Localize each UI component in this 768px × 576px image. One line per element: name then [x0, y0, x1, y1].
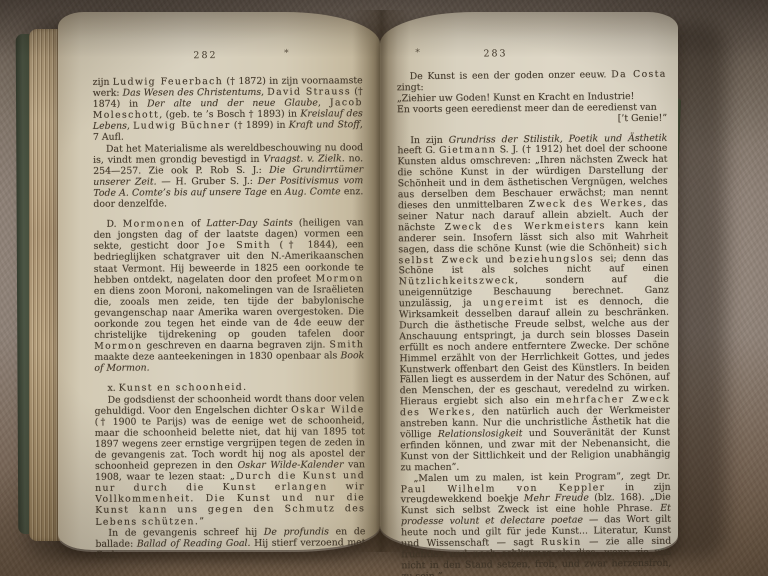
text-run: D.: [106, 219, 122, 230]
text-run: Vraagst. v. Zielk.: [263, 153, 344, 164]
right-header-asterisk: *: [415, 48, 420, 58]
text-run: Ludwig Feuerbach: [113, 76, 223, 88]
left-page-number: 282: [193, 50, 217, 61]
text-run: Latter-Day Saints: [206, 218, 292, 230]
text-run: Kraft und Stoff: [289, 120, 360, 131]
text-run: Oskar Wilde-Kalender: [238, 459, 344, 471]
book-photo: 282 * zijn Ludwig Feuerbach († 1872) in …: [0, 0, 768, 576]
text-run: Da Costa: [611, 69, 667, 81]
paragraph: In zijn Grundriss der Stilistik, Poetik …: [397, 133, 670, 474]
left-header-asterisk: *: [284, 49, 289, 59]
paragraph: Dat het Materialisme als wereldbeschouwi…: [93, 142, 363, 210]
text-run: Joe Smith: [207, 240, 271, 251]
text-run: Ruskin: [541, 537, 582, 548]
text-run: Smith: [329, 339, 364, 350]
text-run: of: [185, 218, 206, 229]
text-run: ist es dennoch, die Wirksamkeit desselbe…: [399, 296, 670, 408]
text-run: en diens zoon Moroni, nakomelingen van d…: [94, 284, 364, 341]
text-run: De Kunst is een der goden onzer eeuw.: [410, 69, 612, 82]
text-run: Aug. Comte: [285, 186, 341, 197]
right-page-header: * 283: [396, 47, 666, 61]
text-run: ungereimt: [483, 297, 544, 309]
left-page-content: 282 * zijn Ludwig Feuerbach († 1872) in …: [92, 49, 365, 561]
text-run: und: [479, 254, 509, 265]
left-page-header: 282 *: [92, 49, 362, 62]
text-run: zijn: [93, 77, 113, 88]
text-run: Mormonen: [123, 218, 186, 229]
text-run: In de gevangenis schreef hij: [108, 526, 264, 538]
text-run: De profundis: [264, 526, 329, 537]
paragraph: In de gevangenis schreef hij De profundi…: [95, 526, 365, 561]
text-run: Ballad of Reading Goal.: [137, 538, 251, 550]
text-run: Mormon: [316, 273, 364, 284]
paragraph: „Malen um zu malen, ist kein Program”, z…: [401, 471, 672, 576]
text-run: Kunst en schoonheid.: [119, 382, 248, 394]
text-run: maakte deze aanteekeningen in 1830 openb…: [94, 351, 340, 364]
text-run: Gietmann: [439, 145, 496, 157]
right-page-content: * 283 De Kunst is een der goden onzer ee…: [396, 47, 671, 576]
text-run: [’t Genie!”: [618, 112, 668, 123]
text-run: Ludwig Büchner: [133, 120, 231, 132]
text-run: heeft G.: [397, 145, 439, 156]
text-run: Mehr Freude: [524, 493, 589, 505]
text-run: en: [267, 187, 285, 198]
text-run: — H. Gruber S. J.:: [157, 176, 258, 188]
paragraph: D. Mormonen of Latter-Day Saints (heilig…: [93, 217, 364, 374]
text-run: Oskar Wilde: [291, 404, 365, 415]
text-run: ,: [318, 98, 330, 109]
text-run: zingt:: [397, 82, 424, 93]
left-page-text: zijn Ludwig Feuerbach († 1872) in zijn v…: [93, 75, 366, 561]
text-run: x.: [107, 383, 118, 394]
text-run: Mormon: [94, 341, 142, 352]
right-page-text: De Kunst is een der goden onzer eeuw. Da…: [397, 70, 672, 576]
text-run: († 1899) in: [231, 120, 289, 131]
text-run: David Strauss: [267, 86, 351, 98]
paragraph: De godsdienst der schoonheid wordt thans…: [95, 393, 366, 528]
paragraph: zijn Ludwig Feuerbach († 1872) in zijn v…: [93, 75, 363, 143]
right-page-number: 283: [483, 48, 507, 59]
